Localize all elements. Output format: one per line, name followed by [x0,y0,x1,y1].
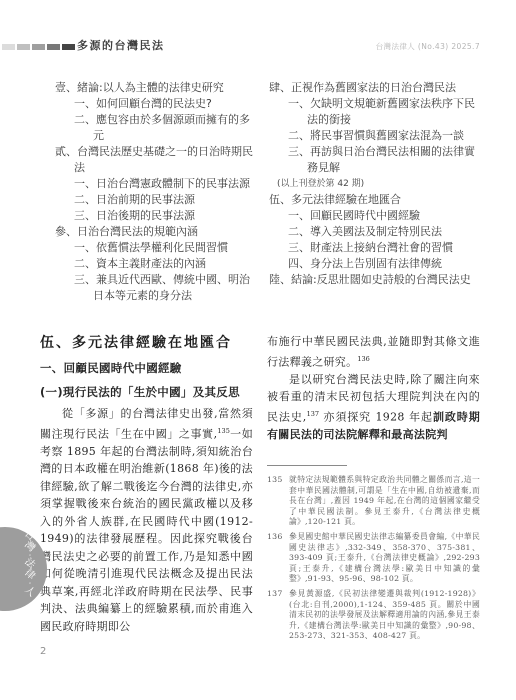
brand-square [62,44,75,50]
brand-square [17,44,30,50]
paragraph: 布施行中華民國民法典,並隨即對其條文進行法釋義之研究。136 [267,333,480,371]
journal-page: 多源的台灣民法 台灣法律人 (No.43) 2025.7 壹、緒論:以人為主體的… [0,0,516,700]
toc-item: 一、日治台灣憲政體制下的民事法源 [74,176,253,192]
toc-item: 二、日治前期的民事法源 [74,192,253,208]
footnote: 135就特定法規範體系與特定政治共同體之關係而言,這一套中華民國法體制,可謂是「… [267,475,480,527]
footnote: 137參見黃源盛,《民初法律變遷與裁判(1912-1928)》(台北:自刊,20… [267,589,480,641]
body-right-column: 布施行中華民國民法典,並隨即對其條文進行法釋義之研究。136是以研究台灣民法史時… [267,333,480,646]
text-run: 亦須探究 1928 年起 [319,410,433,423]
toc-item: 參、日治台灣民法的規範內涵 [55,224,253,240]
footnote-ref: 135 [217,427,229,435]
footnote-ref: 136 [357,355,369,363]
footnote-separator [267,465,347,466]
subsubsection-heading: (一)現行民法的「生於中國」及其反思 [40,384,253,400]
footnote-text: 就特定法規範體系與特定政治共同體之關係而言,這一套中華民國法體制,可謂是「生在中… [289,475,480,527]
toc-item: 二、導入美國法及制定特別民法 [288,224,480,240]
article-body: 伍、多元法律經驗在地匯合 一、回顧民國時代中國經驗 (一)現行民法的「生於中國」… [40,333,480,646]
toc-item: 陸、結論:反思壯闊如史詩般的台灣民法史 [269,272,480,288]
toc-item: 肆、正視作為舊國家法的日治台灣民法 [269,80,480,96]
brand-square [2,44,15,50]
running-header-title: 多源的台灣民法 [77,37,165,53]
toc-item: 伍、多元法律經驗在地匯合 [269,192,480,208]
toc-item: 二、將民事習慣與舊國家法混為一談 [288,128,480,144]
toc-item: 壹、緒論:以人為主體的法律史研究 [55,80,253,96]
text-run: 一如考察 1895 年起的台灣法制時,須知統治台灣的日本政權在明治維新(1868… [40,427,253,633]
paragraphs-left: 從「多源」的台灣法律史出發,當然須關注現行民法「生在中國」之事實,135一如考察… [40,405,253,635]
footnote-number: 136 [267,532,289,584]
page-number: 2 [40,646,46,657]
paragraph: 從「多源」的台灣法律史出發,當然須關注現行民法「生在中國」之事實,135一如考察… [40,405,253,635]
brand-square [32,44,45,50]
toc-item: 三、兼具近代西歐、傳統中國、明治日本等元素的身分法 [74,272,253,304]
page-content: 壹、緒論:以人為主體的法律史研究一、如何回顧台灣的民法史?二、應包容由於多個源頭… [40,80,480,646]
toc-item: 二、資本主義財產法的內涵 [74,256,253,272]
footnote-text: 參見黃源盛,《民初法律變遷與裁判(1912-1928)》(台北:自刊,2000)… [289,589,480,641]
paragraphs-right: 布施行中華民國民法典,並隨即對其條文進行法釋義之研究。136是以研究台灣民法史時… [267,333,480,443]
brand-squares [2,44,75,50]
table-of-contents: 壹、緒論:以人為主體的法律史研究一、如何回顧台灣的民法史?二、應包容由於多個源頭… [40,80,480,304]
subsection-heading: 一、回顧民國時代中國經驗 [40,360,253,376]
journal-issue-info: 台灣法律人 (No.43) 2025.7 [376,41,480,52]
toc-item: 一、回顧民國時代中國經驗 [288,208,480,224]
vertical-tab-char: 人 [22,585,37,600]
footnote-number: 135 [267,475,289,527]
toc-right-column: 肆、正視作為舊國家法的日治台灣民法一、欠缺明文規範新舊國家法秩序下民法的銜接二、… [267,80,480,304]
toc-item: 一、依舊慣法學權利化民間習慣 [74,240,253,256]
text-run: 布施行中華民國民法典,並隨即對其條文進行法釋義之研究。 [267,335,480,368]
toc-item: 一、如何回顧台灣的民法史? [74,96,253,112]
toc-item: 四、身分法上告別固有法律傳統 [288,256,480,272]
toc-item: 貳、台灣民法歷史基礎之一的日治時期民法 [55,144,253,176]
side-tab-label: 台灣・法律・人 [21,531,37,598]
footnote: 136參見國史館中華民國史法律志編纂委員會編,《中華民國史法律志》,332-34… [267,532,480,584]
section-heading: 伍、多元法律經驗在地匯合 [40,333,253,353]
toc-item: (以上刊登於第 42 期) [277,176,480,192]
body-left-column: 伍、多元法律經驗在地匯合 一、回顧民國時代中國經驗 (一)現行民法的「生於中國」… [40,333,253,646]
footnote-text: 參見國史館中華民國史法律志編纂委員會編,《中華民國史法律志》,332-349、3… [289,532,480,584]
toc-item: 三、日治後期的民事法源 [74,208,253,224]
footnote-number: 137 [267,589,289,641]
toc-item: 二、應包容由於多個源頭而擁有的多元 [74,112,253,144]
toc-item: 三、財產法上接納台灣社會的習慣 [288,240,480,256]
footnote-list: 135就特定法規範體系與特定政治共同體之關係而言,這一套中華民國法體制,可謂是「… [267,475,480,641]
text-run: 從「多源」的台灣法律史出發,當然須關注現行民法「生在中國」之事實, [40,407,253,440]
paragraph: 是以研究台灣民法史時,除了關注向來被看重的清末民初包括大理院判決在內的民法史,1… [267,371,480,444]
toc-item: 一、欠缺明文規範新舊國家法秩序下民法的銜接 [288,96,480,128]
footnote-ref: 137 [307,410,319,418]
toc-left-column: 壹、緒論:以人為主體的法律史研究一、如何回顧台灣的民法史?二、應包容由於多個源頭… [40,80,253,304]
brand-square [47,44,60,50]
toc-item: 三、再訪與日治台灣民法相關的法律實務見解 [288,144,480,176]
